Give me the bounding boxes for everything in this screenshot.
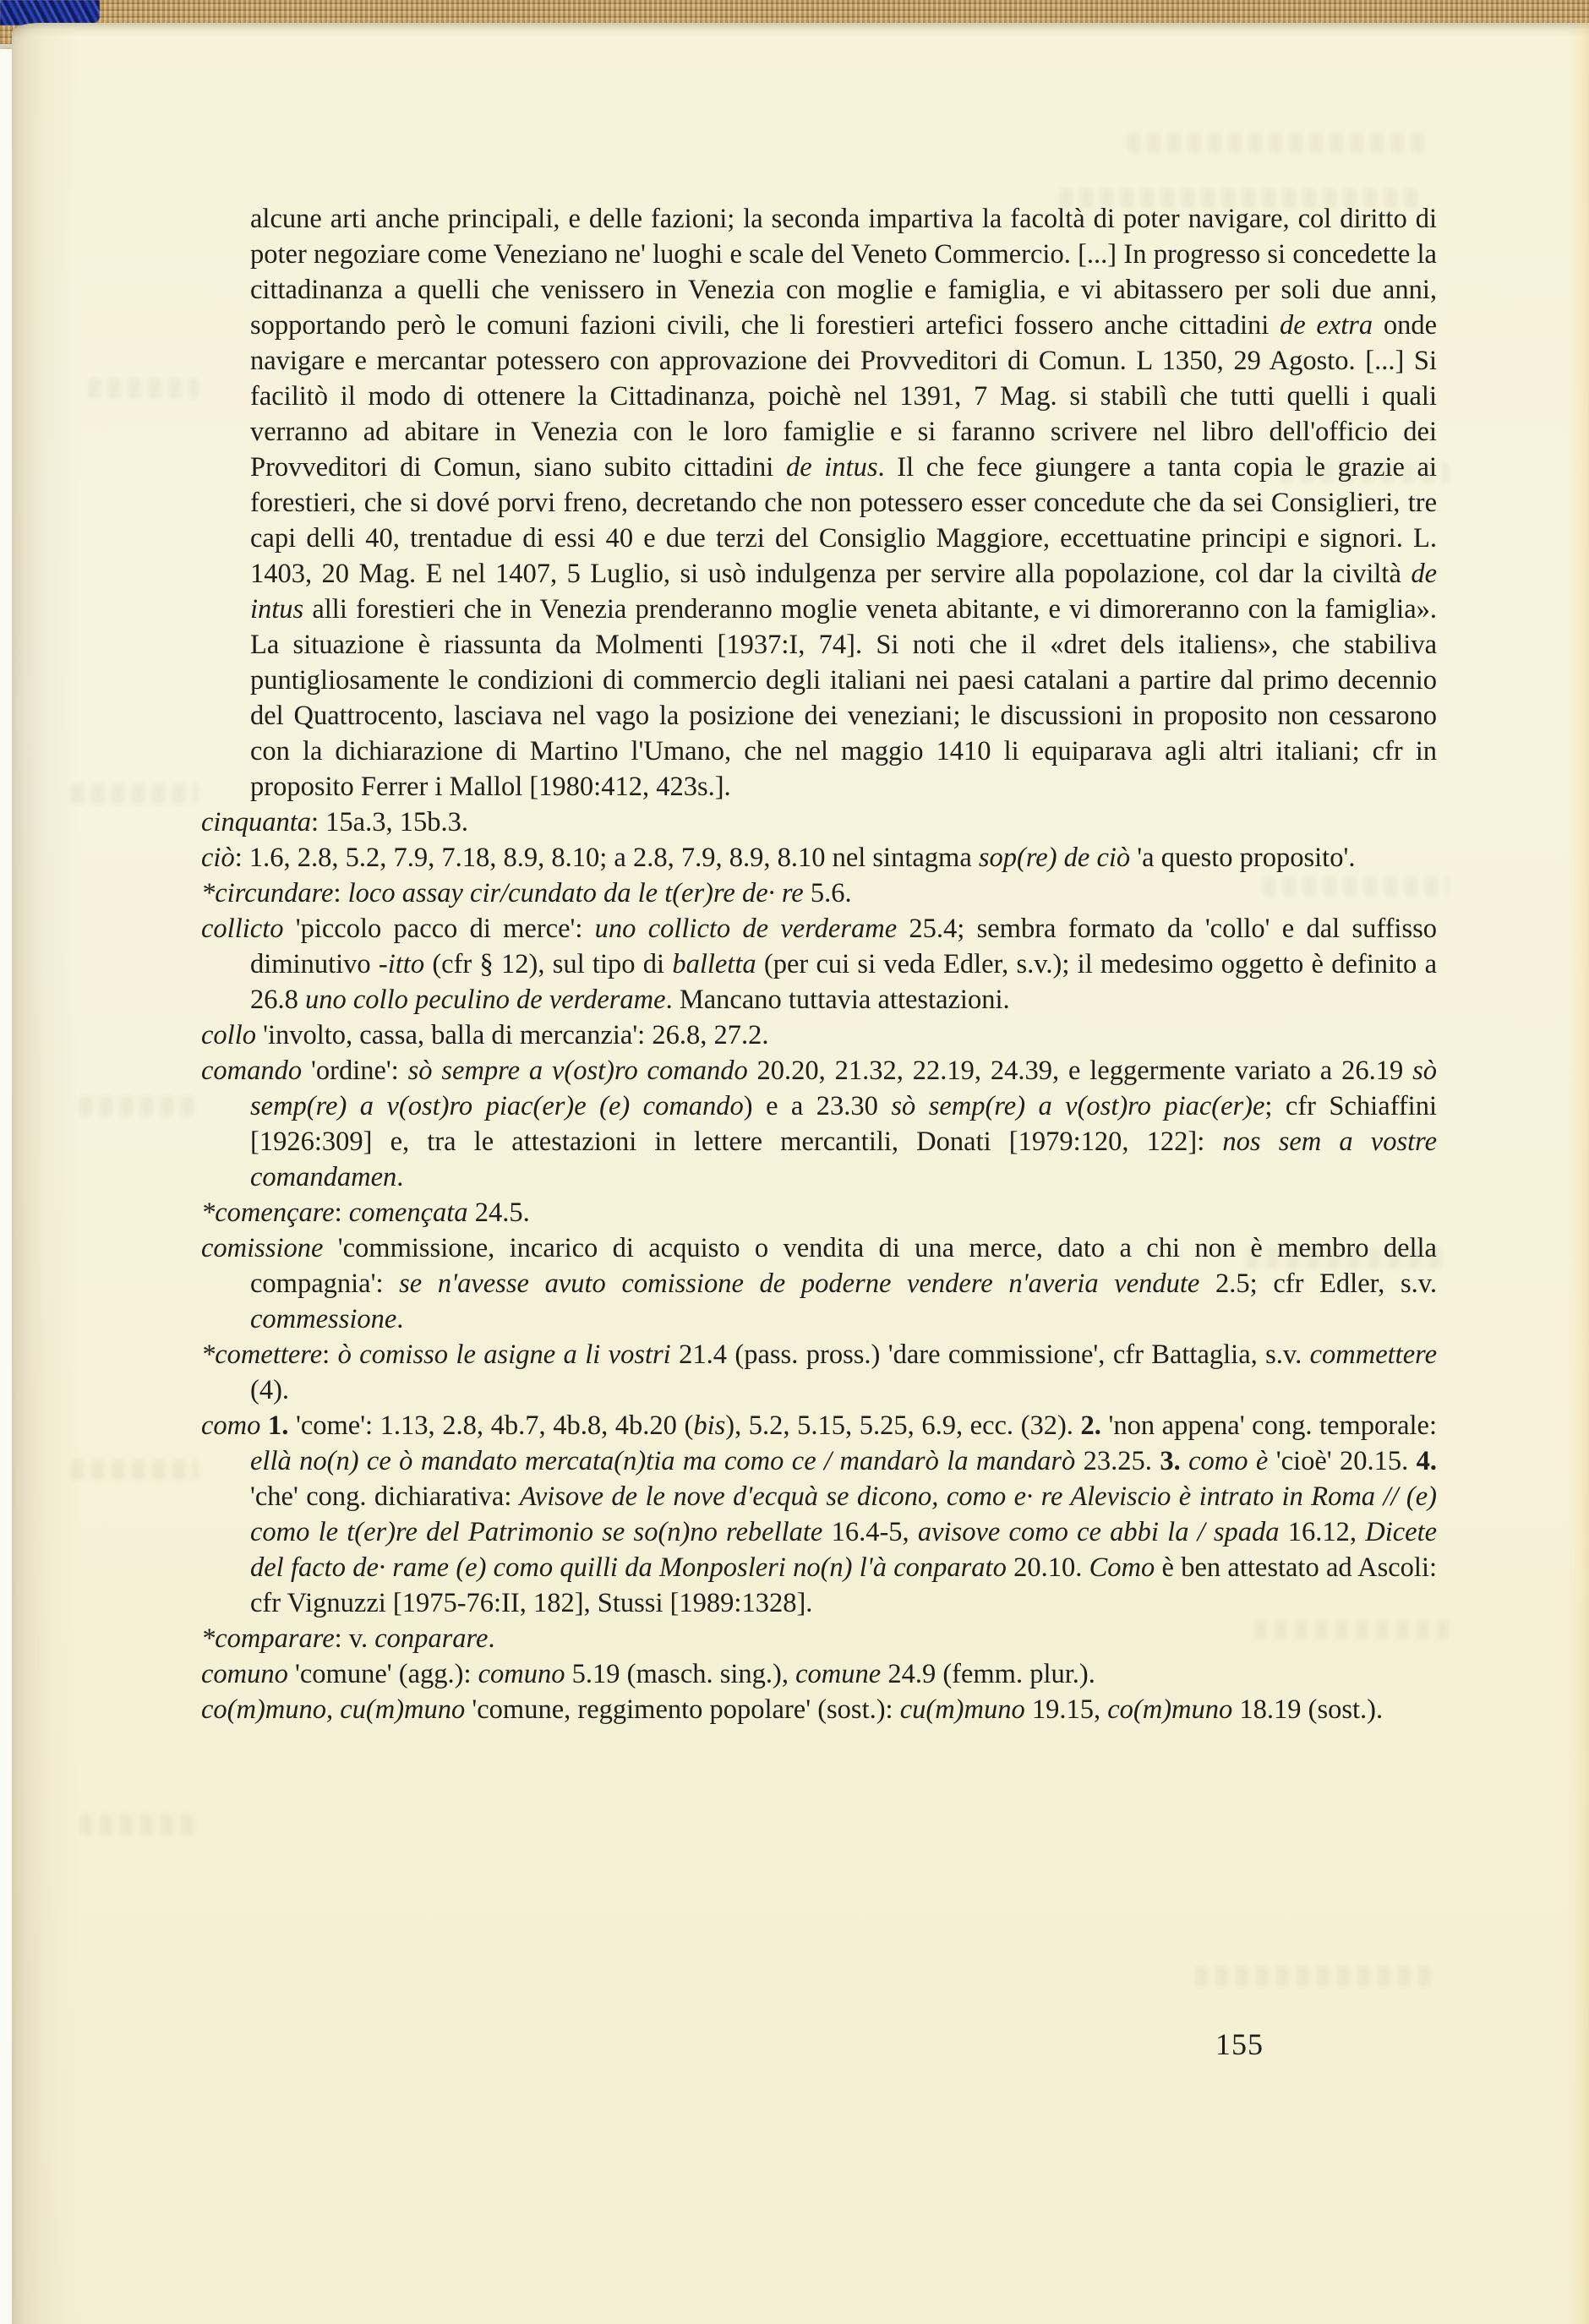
text-run: comando xyxy=(201,1056,302,1086)
text-run xyxy=(1181,1446,1188,1476)
text-run: como è xyxy=(1188,1446,1268,1476)
text-run: (4). xyxy=(250,1375,289,1405)
text-run: sò semp(re) a v(ost)ro piac(er)e xyxy=(891,1091,1264,1121)
text-run: 3. xyxy=(1160,1446,1180,1476)
text-run: 5.6. xyxy=(804,878,852,908)
text-run: . xyxy=(396,1304,403,1334)
text-run: ) e a 23.30 xyxy=(744,1091,892,1121)
text-run: : 1.6, 2.8, 5.2, 7.9, 7.18, 8.9, 8.10; a… xyxy=(235,843,979,873)
text-run: 4. xyxy=(1417,1446,1437,1476)
glossary-entry: cinquanta: 15a.3, 15b.3. xyxy=(201,805,1437,840)
text-run: 18.19 (sost.). xyxy=(1232,1694,1383,1725)
text-run: (cfr § 12), sul tipo di xyxy=(424,949,672,979)
text-run: alcune arti anche principali, e delle fa… xyxy=(250,204,1437,341)
underlying-page-edge xyxy=(0,49,13,2324)
show-through-smudge xyxy=(79,1096,198,1116)
text-run: : 15a.3, 15b.3. xyxy=(311,807,468,837)
text-run: 23.25. xyxy=(1075,1446,1160,1476)
text-run: comune xyxy=(795,1659,881,1689)
text-run: collicto xyxy=(201,914,283,944)
text-run: 'comune' (agg.): xyxy=(288,1659,478,1689)
text-run: 'come': 1.13, 2.8, 4b.7, 4b.8, 4b.20 ( xyxy=(288,1410,693,1441)
text-run: 5.19 (masch. sing.), xyxy=(565,1659,796,1689)
text-run: 'che' cong. dichiarativa: xyxy=(250,1481,520,1512)
glossary-entry: como 1. 'come': 1.13, 2.8, 4b.7, 4b.8, 4… xyxy=(201,1408,1437,1621)
text-run: : xyxy=(335,1197,349,1228)
text-run: avisove como ce abbi la / spada xyxy=(918,1517,1280,1547)
text-run: 'comune, reggimento popolare' (sost.): xyxy=(465,1694,899,1725)
text-run: 19.15, xyxy=(1025,1694,1108,1725)
show-through-smudge xyxy=(1195,1967,1432,1987)
text-run: collo xyxy=(201,1020,256,1050)
glossary-entry: *circundare: loco assay cir/cundato da l… xyxy=(201,876,1437,911)
text-run: cinquanta xyxy=(201,807,311,837)
text-run: 24.9 (femm. plur.). xyxy=(881,1659,1095,1689)
text-run: 21.4 (pass. pross.) 'dare commissione', … xyxy=(671,1339,1310,1370)
text-run: *comparare xyxy=(201,1623,335,1654)
text-run: 2.5; cfr Edler, s.v. xyxy=(1199,1268,1437,1299)
text-run: *comettere xyxy=(201,1339,322,1370)
text-run: de extra xyxy=(1280,310,1373,341)
text-run: conparare xyxy=(374,1623,488,1654)
glossary-entry: collicto 'piccolo pacco di merce': uno c… xyxy=(201,911,1437,1017)
text-run: 16.4-5, xyxy=(822,1517,918,1547)
text-run: uno collicto de verderame xyxy=(595,914,897,944)
glossary-entry: comando 'ordine': sò sempre a v(ost)ro c… xyxy=(201,1053,1437,1195)
text-run: ciò xyxy=(201,843,235,873)
text-run: loco assay cir/cundato da le t(er)re de·… xyxy=(348,878,804,908)
text-run: como xyxy=(201,1410,260,1441)
text-run: 1. xyxy=(268,1410,288,1441)
spine-headband xyxy=(0,0,100,25)
text-run: 'piccolo pacco di merce': xyxy=(283,914,594,944)
text-run: commettere xyxy=(1310,1339,1437,1370)
text-run: comissione xyxy=(201,1233,323,1263)
show-through-smudge xyxy=(1128,133,1432,153)
glossary-entry: comissione 'commissione, incarico di acq… xyxy=(201,1230,1437,1337)
text-run: 'non appena' cong. temporale: xyxy=(1101,1410,1437,1441)
text-run: alli forestieri che in Venezia prenderan… xyxy=(250,594,1437,802)
text-run: uno collo peculino de verderame xyxy=(305,985,666,1015)
text-run: : xyxy=(322,1339,337,1370)
show-through-smudge xyxy=(79,1814,198,1835)
glossary-entry: *comettere: ò comisso le asigne a li vos… xyxy=(201,1337,1437,1408)
text-run: sò sempre a v(ost)ro comando xyxy=(408,1056,748,1086)
text-run: : v. xyxy=(335,1623,375,1654)
text-run: ), 5.2, 5.15, 5.25, 6.9, ecc. (32). xyxy=(725,1410,1080,1441)
glossary-entry: *començare: començata 24.5. xyxy=(201,1195,1437,1230)
text-run xyxy=(260,1410,268,1441)
text-run: 20.10. xyxy=(1007,1552,1089,1583)
text-run: co(m)muno, cu(m)muno xyxy=(201,1694,465,1725)
show-through-smudge xyxy=(71,783,198,804)
text-run: sop(re) de ciò xyxy=(979,843,1130,873)
show-through-smudge xyxy=(88,378,198,398)
text-run: . xyxy=(396,1162,403,1192)
text-run: . Mancano tuttavia attestazioni. xyxy=(666,985,1010,1015)
text-run: . xyxy=(488,1623,494,1654)
quote-paragraph: alcune arti anche principali, e delle fa… xyxy=(201,201,1437,805)
text-run: *començare xyxy=(201,1197,335,1228)
text-run: bis xyxy=(693,1410,725,1441)
text-run: Como xyxy=(1089,1552,1155,1583)
text-run: *circundare xyxy=(201,878,333,908)
glossary-entry: collo 'involto, cassa, balla di mercanzi… xyxy=(201,1017,1437,1053)
text-run: -itto xyxy=(379,949,424,979)
glossary-entry: ciò: 1.6, 2.8, 5.2, 7.9, 7.18, 8.9, 8.10… xyxy=(201,840,1437,876)
text-run: comuno xyxy=(478,1659,565,1689)
text-run: 'a questo proposito'. xyxy=(1130,843,1355,873)
show-through-smudge xyxy=(71,1459,198,1480)
text-run: cu(m)muno xyxy=(900,1694,1025,1725)
text-run: ò comisso le asigne a li vostri xyxy=(338,1339,671,1370)
text-run: 20.20, 21.32, 22.19, 24.39, e leggerment… xyxy=(748,1056,1412,1086)
glossary-entry: comuno 'comune' (agg.): comuno 5.19 (mas… xyxy=(201,1656,1437,1692)
text-run: comuno xyxy=(201,1659,288,1689)
scanned-book-photo: alcune arti anche principali, e delle fa… xyxy=(0,0,1589,2324)
page-text: alcune arti anche principali, e delle fa… xyxy=(201,201,1437,1727)
text-run: 'involto, cassa, balla di mercanzia': 26… xyxy=(256,1020,768,1050)
text-run: 24.5. xyxy=(468,1197,530,1228)
text-run: començata xyxy=(349,1197,468,1228)
page-number: 155 xyxy=(1215,2027,1264,2062)
glossary-entry: co(m)muno, cu(m)muno 'comune, reggimento… xyxy=(201,1692,1437,1727)
text-run: 2. xyxy=(1081,1410,1101,1441)
text-run: co(m)muno xyxy=(1107,1694,1232,1725)
text-run: balletta xyxy=(672,949,756,979)
text-run: ellà no(n) ce ò mandato mercata(n)tia ma… xyxy=(250,1446,1075,1476)
glossary-entry: *comparare: v. conparare. xyxy=(201,1621,1437,1656)
text-run: 'cioè' 20.15. xyxy=(1268,1446,1416,1476)
text-run: 'ordine': xyxy=(302,1056,407,1086)
text-run: de intus xyxy=(786,452,878,483)
text-run: commessione xyxy=(250,1304,396,1334)
text-run: : xyxy=(333,878,347,908)
text-run: se n'avesse avuto comissione de poderne … xyxy=(399,1268,1199,1299)
text-run: 16.12, xyxy=(1280,1517,1366,1547)
